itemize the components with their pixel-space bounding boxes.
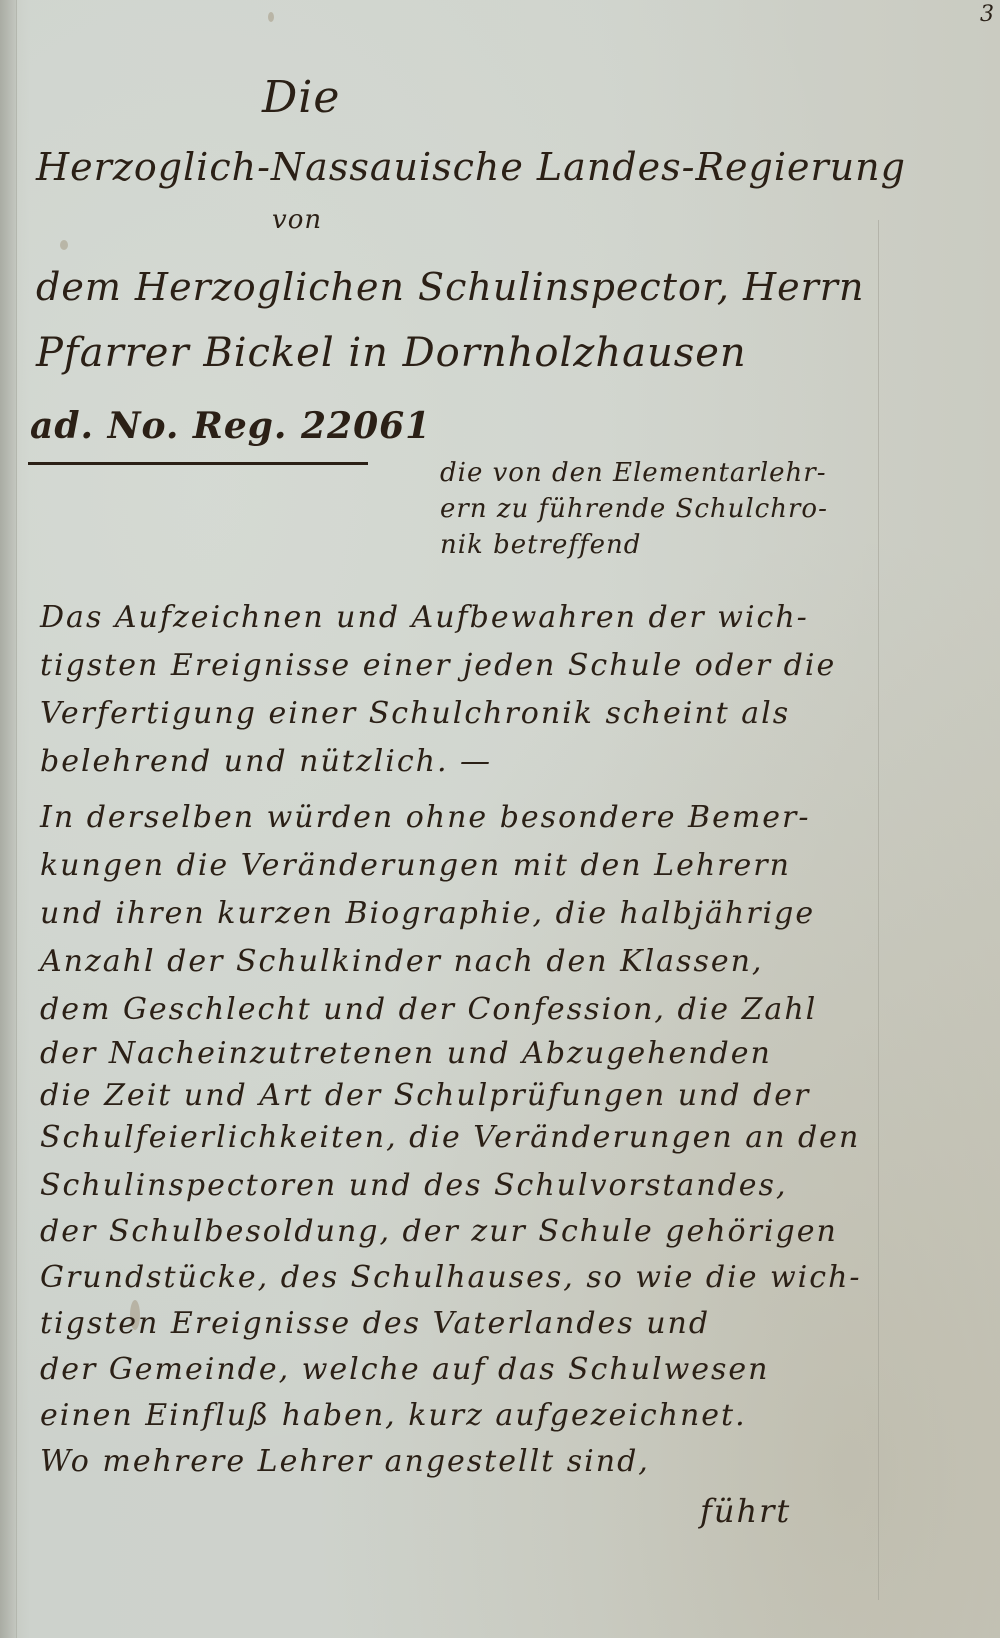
subject-line-1: die von den Elementarlehr-	[440, 458, 827, 488]
page-number-mark: 3	[980, 2, 994, 27]
reference-underline	[28, 462, 368, 465]
ink-stain	[60, 240, 68, 250]
body-line: Verfertigung einer Schulchronik scheint …	[40, 696, 790, 731]
subject-line-2: ern zu führende Schulchro-	[440, 494, 828, 524]
body-line: der Schulbesoldung, der zur Schule gehör…	[40, 1214, 838, 1249]
subject-line-3: nik betreffend	[440, 530, 641, 560]
address-line-2: Herzoglich-Nassauische Landes-Regierung	[36, 145, 906, 189]
body-line: Schulinspectoren und des Schulvorstandes…	[40, 1168, 788, 1203]
ink-stain	[268, 12, 274, 22]
address-line-1: Die	[262, 72, 340, 123]
catchword: führt	[700, 1492, 791, 1530]
manuscript-page: 3 Die Herzoglich-Nassauische Landes-Regi…	[0, 0, 1000, 1638]
body-line: tigsten Ereignisse einer jeden Schule od…	[40, 648, 836, 683]
body-line: Wo mehrere Lehrer angestellt sind,	[40, 1444, 650, 1479]
body-line: der Gemeinde, welche auf das Schulwesen	[40, 1352, 770, 1387]
page-spine-edge	[0, 0, 17, 1638]
body-line: und ihren kurzen Biographie, die halbjäh…	[40, 896, 815, 931]
body-line: In derselben würden ohne besondere Bemer…	[40, 800, 811, 835]
body-line: belehrend und nützlich. —	[40, 744, 492, 779]
body-line: tigsten Ereignisse des Vaterlandes und	[40, 1306, 710, 1341]
address-line-5: Pfarrer Bickel in Dornholzhausen	[36, 330, 747, 376]
body-line: der Nacheinzutretenen und Abzugehenden	[40, 1036, 772, 1071]
address-line-4: dem Herzoglichen Schulinspector, Herrn	[36, 265, 864, 309]
body-line: einen Einfluß haben, kurz aufgezeichnet.	[40, 1398, 747, 1433]
body-line: Grundstücke, des Schulhauses, so wie die…	[40, 1260, 862, 1295]
address-line-3: von	[272, 205, 322, 235]
body-line: Schulfeierlichkeiten, die Veränderungen …	[40, 1120, 860, 1155]
margin-rule-line	[878, 220, 879, 1600]
reference-number: ad. No. Reg. 22061	[30, 405, 431, 447]
body-line: Anzahl der Schulkinder nach den Klassen,	[40, 944, 763, 979]
body-line: dem Geschlecht und der Confession, die Z…	[40, 992, 817, 1027]
body-line: Das Aufzeichnen und Aufbewahren der wich…	[40, 600, 809, 635]
body-line: die Zeit und Art der Schulprüfungen und …	[40, 1078, 810, 1113]
body-line: kungen die Veränderungen mit den Lehrern	[40, 848, 791, 883]
